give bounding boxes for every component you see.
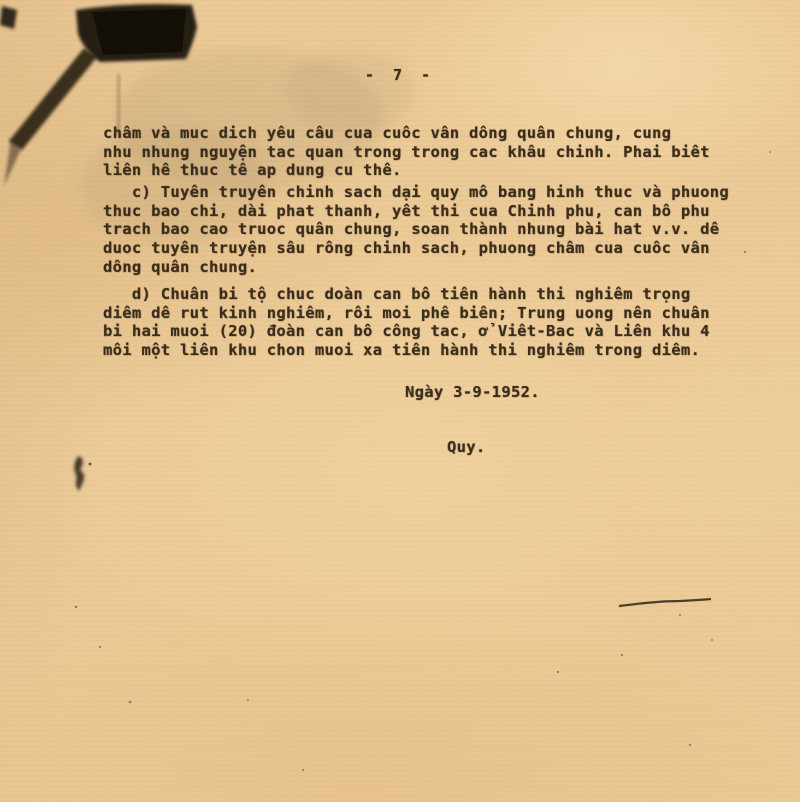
ink-stain (76, 4, 197, 62)
signature: Quy. (447, 438, 486, 457)
date-line: Ngày 3-9-1952. (405, 383, 540, 402)
paragraph-item-d: d) Chuân bi tộ chuc doàn can bô tiên hàn… (103, 285, 710, 360)
paragraph-item-c: c) Tuyên truyên chinh sach dại quy mô ba… (103, 183, 729, 277)
ink-streak-tail (4, 139, 21, 186)
corner-ink-mark (0, 6, 17, 29)
text-line: d) Chuân bi tộ chuc doàn can bô tiên hàn… (103, 285, 710, 304)
margin-ink-speck (89, 463, 92, 466)
text-line: nhu nhung nguyện tac quan trong trong ca… (103, 143, 710, 162)
margin-ink-blot (74, 456, 84, 491)
text-line: c) Tuyên truyên chinh sach dại quy mô ba… (103, 183, 729, 202)
text-line: trach bao cao truoc quân chung, soan thà… (103, 220, 729, 239)
ink-streak (9, 48, 97, 150)
pen-dash-mark (619, 599, 711, 606)
smudge (285, 50, 415, 134)
text-line: diêm dê rut kinh nghiêm, rôi moi phê biê… (103, 304, 710, 323)
text-line: môi một liên khu chon muoi xa tiên hành … (103, 341, 710, 360)
text-line: duoc tuyên truyện sâu rông chinh sach, p… (103, 239, 729, 258)
text-line: liên hê thuc tê ap dung cu thê. (103, 161, 710, 180)
paragraph-continuation: châm và muc dich yêu câu cua cuôc vân dô… (103, 124, 710, 180)
text-line: dông quân chung. (103, 258, 729, 277)
scan-artifacts-layer (0, 0, 800, 802)
page-number: - 7 - (0, 66, 800, 85)
ink-stain-core (92, 9, 186, 55)
text-line: thuc bao chi, dài phat thanh, yêt thi cu… (103, 202, 729, 221)
text-line: bi hai muoi (20) đoàn can bô công tac, ở… (103, 322, 710, 341)
text-line: châm và muc dich yêu câu cua cuôc vân dô… (103, 124, 710, 143)
scanned-document-page: - 7 - châm và muc dich yêu câu cua cuôc … (0, 0, 800, 802)
